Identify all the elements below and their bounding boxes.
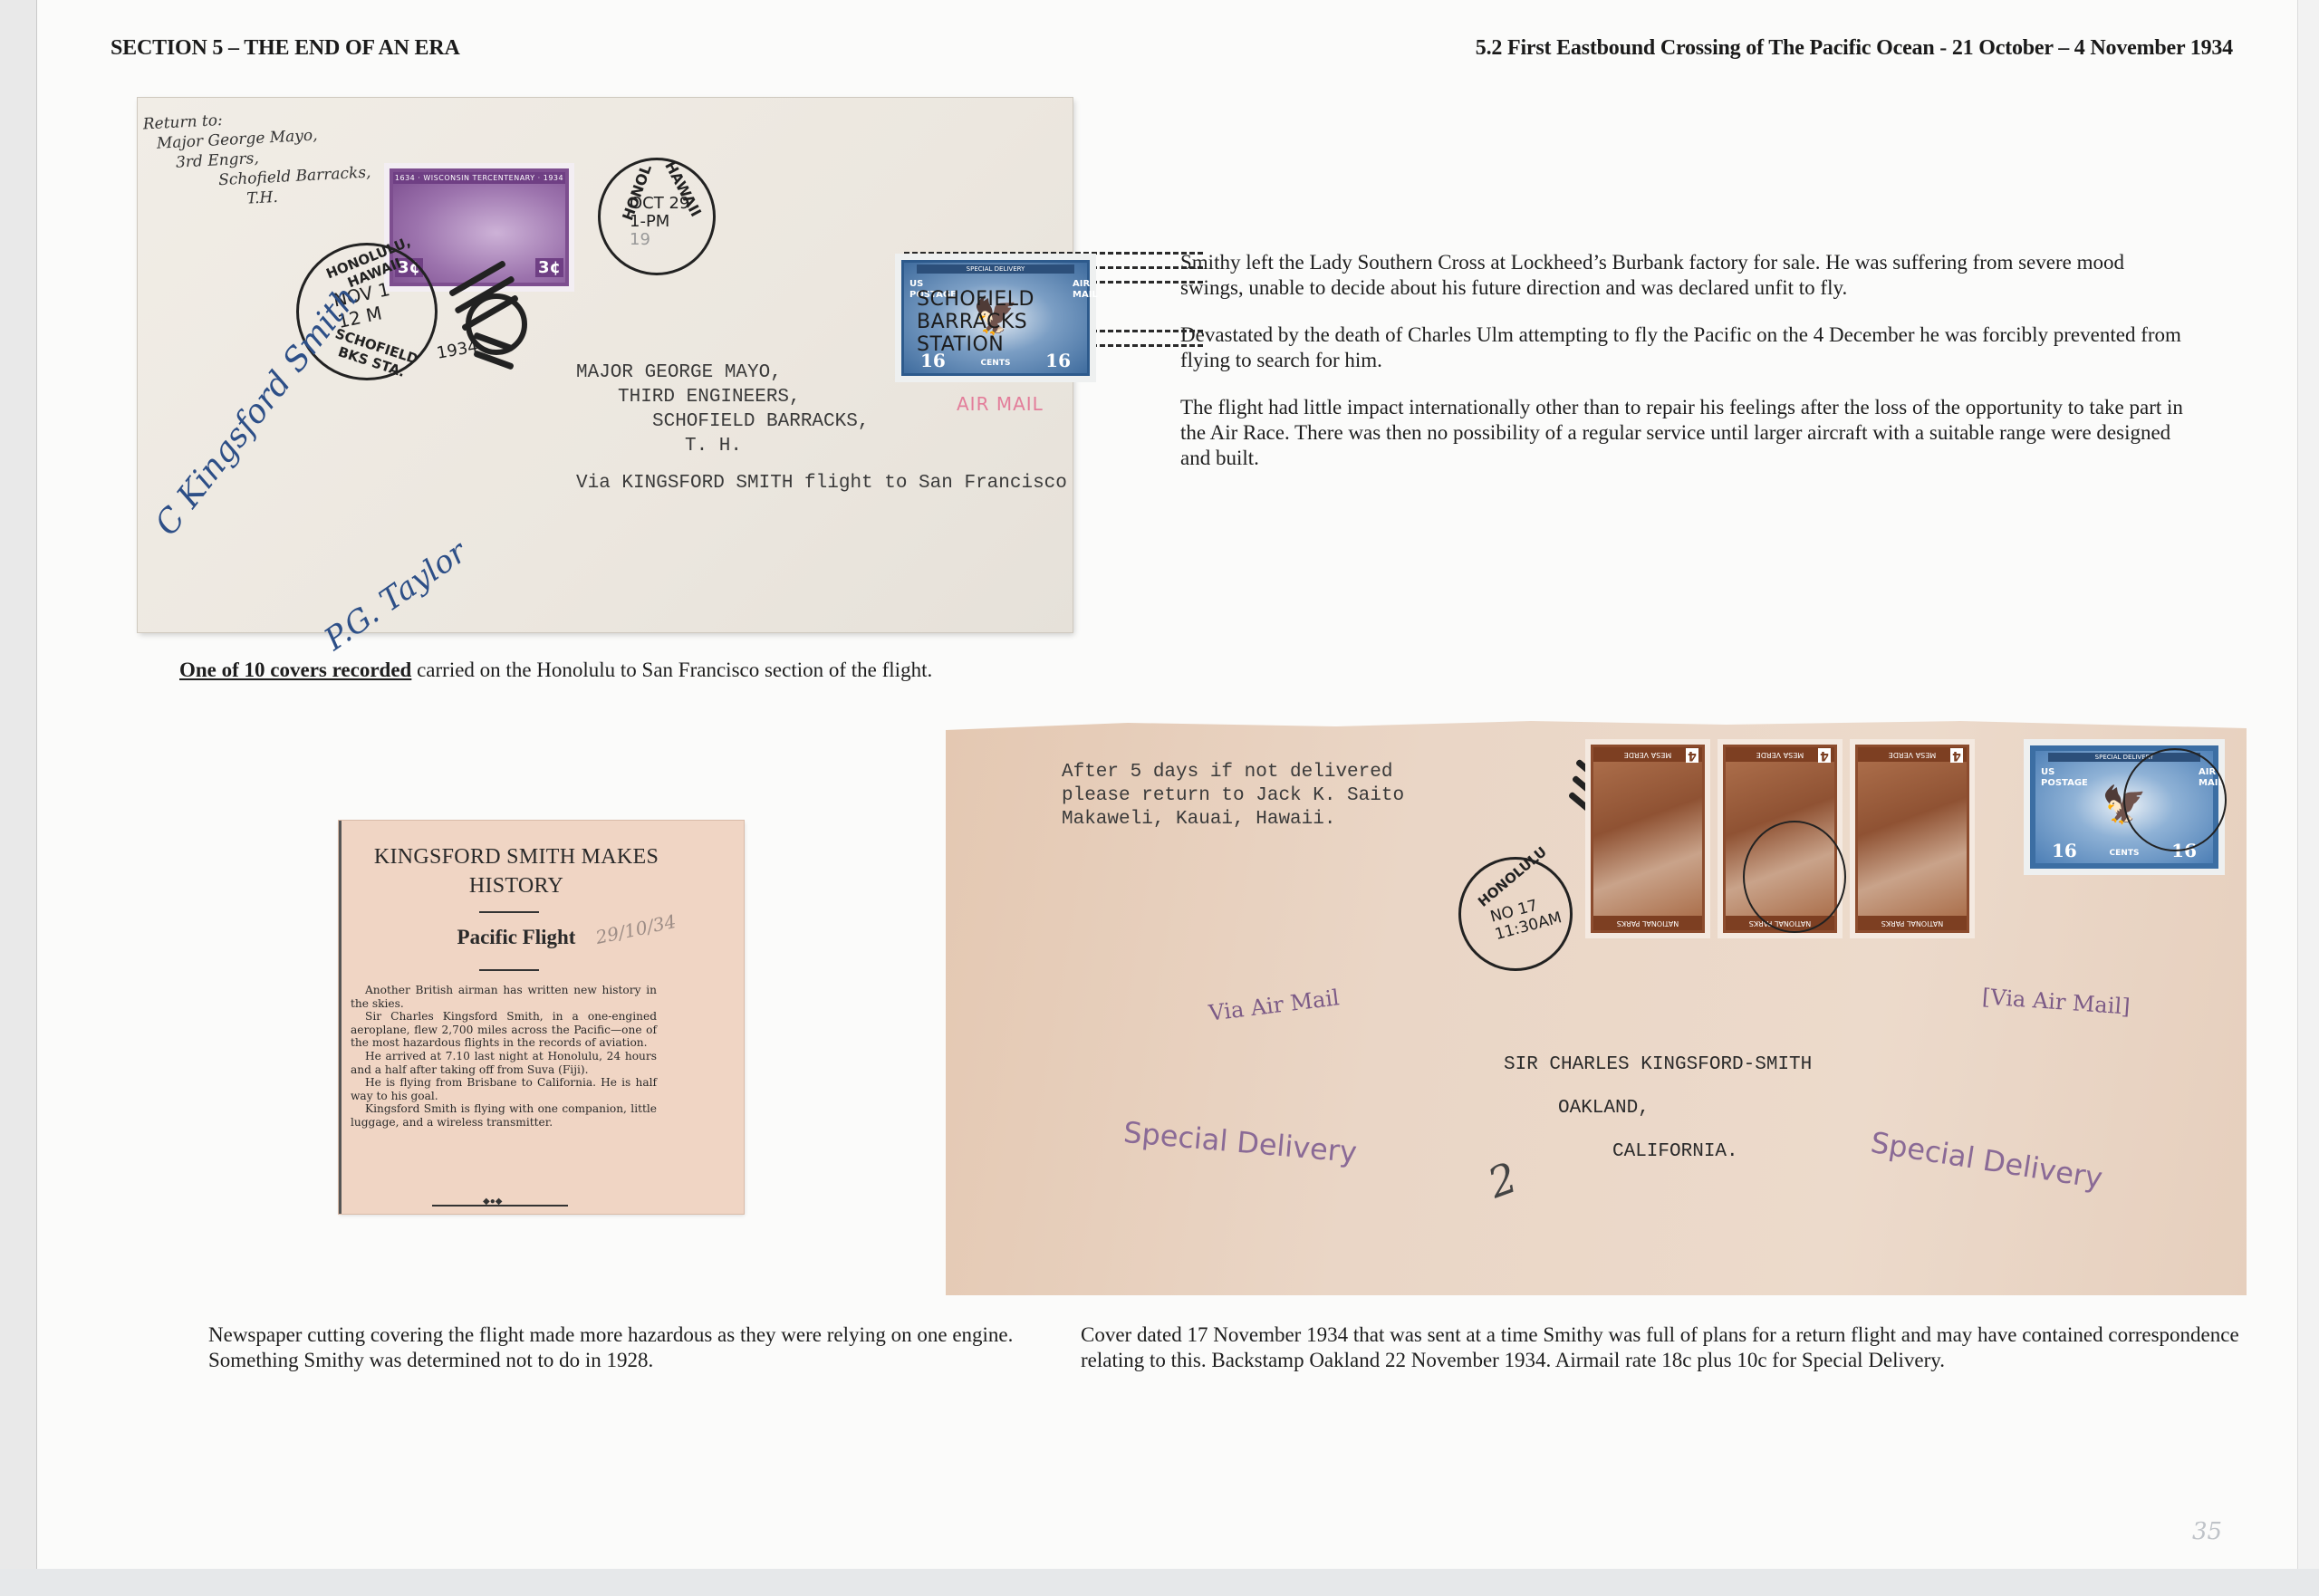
routing-note: Via KINGSFORD SMITH flight to San Franci… <box>576 473 1067 494</box>
recipient-address: MAJOR GEORGE MAYO, THIRD ENGINEERS, SCHO… <box>576 361 869 458</box>
caption-newspaper: Newspaper cutting covering the flight ma… <box>208 1322 1024 1373</box>
air-mail-handwritten: AIR MAIL <box>957 393 1044 415</box>
special-delivery-stamp: Special Delivery <box>1869 1125 2105 1196</box>
intro-text: Smithy left the Lady Southern Cross at L… <box>1180 250 2186 493</box>
intro-paragraph: Smithy left the Lady Southern Cross at L… <box>1180 250 2186 301</box>
postmark-circle-icon <box>1743 821 1846 933</box>
stamp-mesa-verde-4c: MESA VERDE 4 NATIONAL PARKS <box>1585 739 1710 938</box>
caption-emphasis: One of 10 covers recorded <box>179 659 411 681</box>
stamp-mesa-verde-4c: MESA VERDE 4 NATIONAL PARKS <box>1850 739 1975 938</box>
machine-cancel-text: SCHOFIELD BARRACKS STATION <box>917 288 1073 356</box>
recipient-address: SIR CHARLES KINGSFORD-SMITH OAKLAND, CAL… <box>1504 1043 1812 1174</box>
newspaper-cutting: KINGSFORD SMITH MAKES HISTORY Pacific Fl… <box>339 821 744 1214</box>
signature-kingsford-smith: C Kingsford Smith <box>149 279 366 543</box>
intro-paragraph: Devastated by the death of Charles Ulm a… <box>1180 322 2186 373</box>
cover-honolulu-schofield: Return to: Major George Mayo, 3rd Engrs,… <box>138 98 1073 632</box>
postmark-year: 1934 <box>436 337 480 363</box>
caption-cover2: Cover dated 17 November 1934 that was se… <box>1081 1322 2240 1373</box>
via-air-mail-stamp: Via Air Mail <box>1208 985 1341 1025</box>
divider <box>479 969 539 971</box>
divider <box>479 911 539 913</box>
special-delivery-stamp: Special Delivery <box>1122 1115 1359 1169</box>
cover-special-delivery-oakland: After 5 days if not delivered please ret… <box>946 721 2247 1295</box>
postmark-circle-icon <box>2123 748 2227 851</box>
subsection-title: 5.2 First Eastbound Crossing of The Paci… <box>1476 36 2233 61</box>
scan-bottom-strip <box>0 1569 2319 1596</box>
page-edge <box>2297 0 2319 1596</box>
page-number: 35 <box>2192 1518 2222 1545</box>
section-title: SECTION 5 – THE END OF AN ERA <box>111 36 460 61</box>
newspaper-headline: KINGSFORD SMITH MAKES HISTORY <box>349 842 684 900</box>
via-air-mail-stamp: [Via Air Mail] <box>1981 984 2131 1019</box>
return-address: Return to: Major George Mayo, 3rd Engrs,… <box>142 103 372 215</box>
postmark-honolulu: HONOLULU NO 17 11:30AM <box>1458 857 1573 971</box>
return-note: After 5 days if not delivered please ret… <box>1062 761 1404 832</box>
newspaper-body: Another British airman has written new h… <box>351 984 657 1130</box>
postmark-oct: HONOL HAWAII OCT 29 1-PM 19 <box>598 158 716 275</box>
end-ornament-icon <box>432 1205 568 1207</box>
intro-paragraph: The flight had little impact internation… <box>1180 395 2186 471</box>
caption-cover1: One of 10 covers recorded carried on the… <box>179 658 932 683</box>
